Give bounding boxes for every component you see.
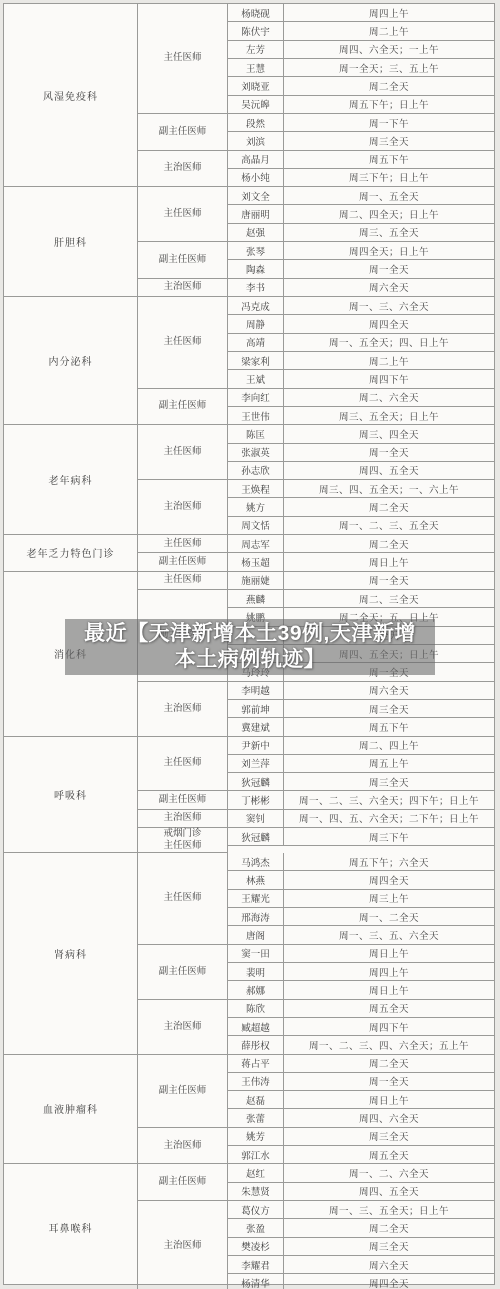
schedule-cell: 周一、二、三、六全天；四下午；日上午 — [284, 791, 494, 808]
schedule-cell: 周一、三、五、六全天 — [284, 926, 494, 943]
doctor-name-cell: 燕麟 — [228, 590, 284, 607]
doctor-name-cell: 施丽婕 — [228, 572, 284, 589]
doctor-name-cell: 赵磊 — [228, 1091, 284, 1108]
schedule-cell: 周三、五全天 — [284, 224, 494, 241]
table-row: 高靖周一、五全天；四、日上午 — [228, 334, 494, 352]
schedule-cell: 周四全天 — [284, 871, 494, 888]
table-row: 陈伏宇周二上午 — [228, 22, 494, 40]
schedule-cell: 周二、六全天 — [284, 389, 494, 406]
table-row: 张琴周四全天；日上午 — [228, 242, 494, 260]
doctor-rows: 狄冠麟周三下午 — [228, 828, 494, 853]
table-section: 肝胆科主任医师刘文全周一、五全天唐丽明周二、四全天；日上午赵强周三、五全天副主任… — [4, 187, 494, 297]
doctor-name-cell: 冀建斌 — [228, 718, 284, 735]
doctor-name-cell: 赵红 — [228, 1164, 284, 1181]
doctor-name-cell: 张淑英 — [228, 444, 284, 461]
doctor-name-cell: 尹新中 — [228, 737, 284, 754]
schedule-cell: 周一、三、五全天；日上午 — [284, 1201, 494, 1218]
table-row: 施丽婕周一全天 — [228, 572, 494, 590]
doctor-name-cell: 周志军 — [228, 535, 284, 552]
table-row: 梁家利周二上午 — [228, 352, 494, 370]
doctor-name-cell: 陶森 — [228, 260, 284, 277]
table-row: 丁彬彬周一、二、三、六全天；四下午；日上午 — [228, 791, 494, 809]
doctor-name-cell: 赵强 — [228, 224, 284, 241]
doctor-name-cell: 郭前坤 — [228, 700, 284, 717]
doctor-name-cell: 刘晓亚 — [228, 77, 284, 94]
table-row: 陈欣周五全天 — [228, 1000, 494, 1018]
doctor-name-cell: 裴明 — [228, 963, 284, 980]
doctor-name-cell: 丁彬彬 — [228, 791, 284, 808]
schedule-cell: 周二、四上午 — [284, 737, 494, 754]
doctor-rows: 周志军周二全天 — [228, 535, 494, 553]
table-row: 赵强周三、五全天 — [228, 224, 494, 242]
doctor-name-cell: 杨晓砚 — [228, 4, 284, 21]
table-section: 耳鼻喉科副主任医师赵红周一、二、六全天朱慧贤周四、五全天主治医师葛仪方周一、三、… — [4, 1164, 494, 1289]
title-cell: 主治医师 — [138, 480, 228, 535]
department-cell: 耳鼻喉科 — [4, 1164, 138, 1289]
doctor-name-cell: 王斌 — [228, 370, 284, 387]
doctor-name-cell: 葛仪方 — [228, 1201, 284, 1218]
schedule-cell: 周六全天 — [284, 279, 494, 296]
doctor-rows: 张琴周四全天；日上午陶森周一全天 — [228, 242, 494, 279]
department-cell: 肾病科 — [4, 853, 138, 1054]
table-row: 张淑英周一全天 — [228, 444, 494, 462]
table-row: 吴沅皞周五下午；日上午 — [228, 96, 494, 114]
title-cell: 副主任医师 — [138, 389, 228, 426]
schedule-cell: 周一、五全天；四、日上午 — [284, 334, 494, 351]
table-row: 狄冠麟周三全天 — [228, 773, 494, 791]
doctor-rows: 高晶月周五下午杨小纯周三下午；日上午 — [228, 151, 494, 188]
schedule-cell: 周日上午 — [284, 553, 494, 570]
title-cell: 主任医师 — [138, 572, 228, 590]
table-row: 薛彤权周一、二、三、四、六全天；五上午 — [228, 1036, 494, 1054]
table-row: 王焕程周三、四、五全天；一、六上午 — [228, 480, 494, 498]
table-row: 唐丽明周二、四全天；日上午 — [228, 205, 494, 223]
schedule-cell: 周二、四全天；日上午 — [284, 205, 494, 222]
doctor-rows: 陈匡周三、四全天张淑英周一全天孙志欣周四、五全天 — [228, 425, 494, 480]
title-cell: 主治医师 — [138, 1128, 228, 1165]
table-section: 呼吸科主任医师尹新中周二、四上午刘兰萍周五上午狄冠麟周三全天副主任医师丁彬彬周一… — [4, 737, 494, 854]
schedule-cell: 周一、二全天 — [284, 908, 494, 925]
doctor-name-cell: 狄冠麟 — [228, 773, 284, 790]
title-cell: 主治医师 — [138, 1000, 228, 1055]
title-cell: 主任医师 — [138, 853, 228, 945]
doctor-name-cell: 王世伟 — [228, 407, 284, 424]
doctor-name-cell: 杨玉超 — [228, 553, 284, 570]
doctor-name-cell: 周静 — [228, 315, 284, 332]
doctor-rows: 杨玉超周日上午 — [228, 553, 494, 571]
schedule-cell: 周四全天 — [284, 315, 494, 332]
doctor-name-cell: 薛彤权 — [228, 1036, 284, 1053]
doctor-name-cell: 陈欣 — [228, 1000, 284, 1017]
schedule-cell: 周三、四、五全天；一、六上午 — [284, 480, 494, 497]
title-group: 主任医师杨晓砚周四上午陈伏宇周二上午左芳周四、六全天；一上午王慧周一全天；三、五… — [138, 4, 494, 114]
schedule-cell: 周三全天 — [284, 1128, 494, 1145]
doctor-rows: 姚芳周三全天郭江水周五全天 — [228, 1128, 494, 1165]
title-groups: 主任医师马鸿杰周五下午；六全天林燕周四全天王耀光周三上午邢海涛周一、二全天唐阁周… — [138, 853, 494, 1054]
title-cell: 主治医师 — [138, 151, 228, 188]
doctor-rows: 尹新中周二、四上午刘兰萍周五上午狄冠麟周三全天 — [228, 737, 494, 792]
doctor-name-cell: 蒋占平 — [228, 1055, 284, 1072]
title-cell: 主任医师 — [138, 4, 228, 114]
table-row: 林燕周四全天 — [228, 871, 494, 889]
table-section: 血液肿瘤科副主任医师蒋占平周二全天王伟涛周一全天赵磊周日上午张蕾周四、六全天主治… — [4, 1055, 494, 1165]
schedule-cell: 周五全天 — [284, 1000, 494, 1017]
doctor-name-cell: 唐丽明 — [228, 205, 284, 222]
schedule-cell: 周五下午 — [284, 151, 494, 168]
table-row: 刘文全周一、五全天 — [228, 187, 494, 205]
title-groups: 副主任医师赵红周一、二、六全天朱慧贤周四、五全天主治医师葛仪方周一、三、五全天；… — [138, 1164, 494, 1289]
table-row: 周静周四全天 — [228, 315, 494, 333]
schedule-cell: 周一、二、三、四、六全天；五上午 — [284, 1036, 494, 1053]
doctor-name-cell: 左芳 — [228, 41, 284, 58]
doctor-name-cell: 窦一田 — [228, 945, 284, 962]
doctor-rows: 冯克成周一、三、六全天周静周四全天高靖周一、五全天；四、日上午梁家利周二上午王斌… — [228, 297, 494, 389]
schedule-cell: 周三全天 — [284, 132, 494, 149]
table-row: 燕麟周二、三全天 — [228, 590, 494, 608]
doctor-name-cell: 张蕾 — [228, 1109, 284, 1126]
title-group: 主任医师陈匡周三、四全天张淑英周一全天孙志欣周四、五全天 — [138, 425, 494, 480]
title-cell: 主治医师 — [138, 279, 228, 297]
doctor-name-cell: 姚芳 — [228, 1128, 284, 1145]
department-cell: 老年病科 — [4, 425, 138, 535]
doctor-name-cell: 唐阁 — [228, 926, 284, 943]
schedule-cell: 周四、五全天 — [284, 1183, 494, 1200]
title-group: 主任医师冯克成周一、三、六全天周静周四全天高靖周一、五全天；四、日上午梁家利周二… — [138, 297, 494, 389]
table-section: 老年病科主任医师陈匡周三、四全天张淑英周一全天孙志欣周四、五全天主治医师王焕程周… — [4, 425, 494, 535]
doctor-rows: 赵红周一、二、六全天朱慧贤周四、五全天 — [228, 1164, 494, 1201]
table-row: 杨玉超周日上午 — [228, 553, 494, 571]
doctor-name-cell: 窦钊 — [228, 810, 284, 827]
doctor-rows: 杨晓砚周四上午陈伏宇周二上午左芳周四、六全天；一上午王慧周一全天；三、五上午刘晓… — [228, 4, 494, 114]
schedule-cell: 周三下午；日上午 — [284, 169, 494, 186]
department-cell: 呼吸科 — [4, 737, 138, 854]
schedule-cell: 周一全天 — [284, 572, 494, 589]
doctor-rows: 葛仪方周一、三、五全天；日上午张盈周二全天樊凌杉周三全天李耀君周六全天杨清华周四… — [228, 1201, 494, 1289]
doctor-name-cell: 杨清华 — [228, 1274, 284, 1289]
doctor-name-cell: 马鸿杰 — [228, 853, 284, 870]
schedule-cell: 周一、四、五、六全天；二下午；日上午 — [284, 810, 494, 827]
schedule-cell: 周三全天 — [284, 700, 494, 717]
title-cell: 副主任医师 — [138, 1164, 228, 1201]
schedule-cell: 周四、六全天；一上午 — [284, 41, 494, 58]
schedule-cell: 周五全天 — [284, 1146, 494, 1163]
doctor-rows: 马鸿杰周五下午；六全天林燕周四全天王耀光周三上午邢海涛周一、二全天唐阁周一、三、… — [228, 853, 494, 945]
doctor-name-cell: 周文恬 — [228, 517, 284, 534]
table-row: 赵磊周日上午 — [228, 1091, 494, 1109]
table-row: 陈匡周三、四全天 — [228, 425, 494, 443]
table-row: 王伟涛周一全天 — [228, 1073, 494, 1091]
title-cell: 副主任医师 — [138, 1055, 228, 1128]
doctor-name-cell: 林燕 — [228, 871, 284, 888]
schedule-cell: 周一、五全天 — [284, 187, 494, 204]
schedule-cell: 周一全天 — [284, 260, 494, 277]
title-cell: 副主任医师 — [138, 791, 228, 809]
doctor-rows: 王焕程周三、四、五全天；一、六上午姚方周二全天周文恬周一、二、三、五全天 — [228, 480, 494, 535]
table-row: 窦钊周一、四、五、六全天；二下午；日上午 — [228, 810, 494, 828]
title-group: 副主任医师赵红周一、二、六全天朱慧贤周四、五全天 — [138, 1164, 494, 1201]
doctor-rows: 施丽婕周一全天 — [228, 572, 494, 590]
doctor-rows: 段然周一下午刘滨周三全天 — [228, 114, 494, 151]
doctor-name-cell: 王焕程 — [228, 480, 284, 497]
title-group: 主任医师马鸿杰周五下午；六全天林燕周四全天王耀光周三上午邢海涛周一、二全天唐阁周… — [138, 853, 494, 945]
title-group: 副主任医师张琴周四全天；日上午陶森周一全天 — [138, 242, 494, 279]
table-row: 段然周一下午 — [228, 114, 494, 132]
doctor-name-cell: 臧超越 — [228, 1018, 284, 1035]
title-group: 主任医师施丽婕周一全天 — [138, 572, 494, 590]
table-row: 郝娜周日上午 — [228, 981, 494, 999]
doctor-name-cell: 张盈 — [228, 1219, 284, 1236]
title-cell: 主治医师 — [138, 682, 228, 737]
table-row: 姚芳周三全天 — [228, 1128, 494, 1146]
table-row: 冀建斌周五下午 — [228, 718, 494, 736]
news-title-line-1: 最近【天津新增本土39例,天津新增 — [84, 621, 416, 647]
doctor-name-cell: 朱慧贤 — [228, 1183, 284, 1200]
title-group: 主治医师王焕程周三、四、五全天；一、六上午姚方周二全天周文恬周一、二、三、五全天 — [138, 480, 494, 535]
table-row: 左芳周四、六全天；一上午 — [228, 41, 494, 59]
schedule-cell: 周二全天 — [284, 498, 494, 515]
title-group: 副主任医师丁彬彬周一、二、三、六全天；四下午；日上午 — [138, 791, 494, 809]
title-groups: 主任医师杨晓砚周四上午陈伏宇周二上午左芳周四、六全天；一上午王慧周一全天；三、五… — [138, 4, 494, 187]
doctor-name-cell: 郭江水 — [228, 1146, 284, 1163]
table-row: 窦一田周日上午 — [228, 945, 494, 963]
title-group: 副主任医师蒋占平周二全天王伟涛周一全天赵磊周日上午张蕾周四、六全天 — [138, 1055, 494, 1128]
schedule-cell: 周六全天 — [284, 1256, 494, 1273]
schedule-cell: 周二全天 — [284, 77, 494, 94]
table-row: 朱慧贤周四、五全天 — [228, 1183, 494, 1201]
schedule-cell: 周四全天 — [284, 1274, 494, 1289]
title-cell: 副主任医师 — [138, 553, 228, 571]
schedule-cell: 周一全天 — [284, 1073, 494, 1090]
news-title-line-2: 本土病例轨迹】 — [175, 647, 326, 673]
table-section: 风湿免疫科主任医师杨晓砚周四上午陈伏宇周二上午左芳周四、六全天；一上午王慧周一全… — [4, 4, 494, 187]
schedule-cell: 周二全天 — [284, 535, 494, 552]
title-cell: 主任医师 — [138, 187, 228, 242]
schedule-cell: 周二、三全天 — [284, 590, 494, 607]
schedule-cell: 周三、四全天 — [284, 425, 494, 442]
schedule-cell: 周四全天；日上午 — [284, 242, 494, 259]
table-row: 杨晓砚周四上午 — [228, 4, 494, 22]
table-row: 臧超越周四下午 — [228, 1018, 494, 1036]
schedule-cell: 周四上午 — [284, 963, 494, 980]
table-row: 尹新中周二、四上午 — [228, 737, 494, 755]
doctor-name-cell: 李耀君 — [228, 1256, 284, 1273]
doctor-rows: 窦钊周一、四、五、六全天；二下午；日上午 — [228, 810, 494, 828]
table-row: 唐阁周一、三、五、六全天 — [228, 926, 494, 944]
title-group: 主治医师高晶月周五下午杨小纯周三下午；日上午 — [138, 151, 494, 188]
schedule-cell: 周日上午 — [284, 945, 494, 962]
doctor-name-cell: 李书 — [228, 279, 284, 296]
table-row: 高晶月周五下午 — [228, 151, 494, 169]
title-groups: 主任医师尹新中周二、四上午刘兰萍周五上午狄冠麟周三全天副主任医师丁彬彬周一、二、… — [138, 737, 494, 854]
doctor-name-cell: 吴沅皞 — [228, 96, 284, 113]
doctor-name-cell: 李明越 — [228, 682, 284, 699]
table-section: 肾病科主任医师马鸿杰周五下午；六全天林燕周四全天王耀光周三上午邢海涛周一、二全天… — [4, 853, 494, 1054]
schedule-cell: 周三、五全天；日上午 — [284, 407, 494, 424]
schedule-cell: 周三上午 — [284, 890, 494, 907]
table-row: 张盈周二全天 — [228, 1219, 494, 1237]
title-cell: 主任医师 — [138, 297, 228, 389]
title-group: 主治医师葛仪方周一、三、五全天；日上午张盈周二全天樊凌杉周三全天李耀君周六全天杨… — [138, 1201, 494, 1289]
doctor-name-cell: 张琴 — [228, 242, 284, 259]
doctor-name-cell: 段然 — [228, 114, 284, 131]
title-cell: 副主任医师 — [138, 242, 228, 279]
title-group: 副主任医师窦一田周日上午裴明周四上午郝娜周日上午 — [138, 945, 494, 1000]
department-cell: 风湿免疫科 — [4, 4, 138, 187]
doctor-name-cell: 孙志欣 — [228, 462, 284, 479]
doctor-name-cell: 梁家利 — [228, 352, 284, 369]
table-row: 姚方周二全天 — [228, 498, 494, 516]
table-row: 王世伟周三、五全天；日上午 — [228, 407, 494, 425]
table-row: 刘兰萍周五上午 — [228, 755, 494, 773]
title-cell: 主任医师 — [138, 425, 228, 480]
schedule-cell: 周五下午；六全天 — [284, 853, 494, 870]
schedule-cell: 周四、五全天 — [284, 462, 494, 479]
schedule-cell: 周一、三、六全天 — [284, 297, 494, 314]
table-section: 内分泌科主任医师冯克成周一、三、六全天周静周四全天高靖周一、五全天；四、日上午梁… — [4, 297, 494, 425]
schedule-cell: 周五上午 — [284, 755, 494, 772]
table-row: 李向红周二、六全天 — [228, 389, 494, 407]
title-groups: 主任医师刘文全周一、五全天唐丽明周二、四全天；日上午赵强周三、五全天副主任医师张… — [138, 187, 494, 297]
table-row: 邢海涛周一、二全天 — [228, 908, 494, 926]
table-row: 樊凌杉周三全天 — [228, 1238, 494, 1256]
schedule-cell: 周二全天 — [284, 1055, 494, 1072]
schedule-cell: 周一全天 — [284, 444, 494, 461]
table-row: 周志军周二全天 — [228, 535, 494, 553]
table-section: 老年乏力特色门诊主任医师周志军周二全天副主任医师杨玉超周日上午 — [4, 535, 494, 572]
title-group: 主治医师窦钊周一、四、五、六全天；二下午；日上午 — [138, 810, 494, 828]
schedule-cell: 周六全天 — [284, 682, 494, 699]
title-group: 主治医师陈欣周五全天臧超越周四下午薛彤权周一、二、三、四、六全天；五上午 — [138, 1000, 494, 1055]
schedule-cell: 周四上午 — [284, 4, 494, 21]
title-cell: 主任医师 — [138, 535, 228, 553]
title-group: 主治医师姚芳周三全天郭江水周五全天 — [138, 1128, 494, 1165]
title-group: 副主任医师李向红周二、六全天王世伟周三、五全天；日上午 — [138, 389, 494, 426]
doctor-name-cell: 郝娜 — [228, 981, 284, 998]
table-row: 杨小纯周三下午；日上午 — [228, 169, 494, 187]
schedule-cell: 周二全天 — [284, 1219, 494, 1236]
department-cell: 血液肿瘤科 — [4, 1055, 138, 1165]
department-cell: 肝胆科 — [4, 187, 138, 297]
doctor-name-cell: 狄冠麟 — [228, 828, 284, 845]
table-row: 张蕾周四、六全天 — [228, 1109, 494, 1127]
table-row: 冯克成周一、三、六全天 — [228, 297, 494, 315]
schedule-cell: 周四下午 — [284, 1018, 494, 1035]
table-row: 李书周六全天 — [228, 279, 494, 297]
title-cell: 副主任医师 — [138, 945, 228, 1000]
table-row: 刘滨周三全天 — [228, 132, 494, 150]
department-cell: 老年乏力特色门诊 — [4, 535, 138, 572]
doctor-name-cell: 王伟涛 — [228, 1073, 284, 1090]
doctor-name-cell: 姚方 — [228, 498, 284, 515]
schedule-cell: 周一、二、六全天 — [284, 1164, 494, 1181]
table-row: 郭前坤周三全天 — [228, 700, 494, 718]
title-cell: 副主任医师 — [138, 114, 228, 151]
schedule-cell: 周四、六全天 — [284, 1109, 494, 1126]
doctor-name-cell: 刘文全 — [228, 187, 284, 204]
table-row: 蒋占平周二全天 — [228, 1055, 494, 1073]
doctor-name-cell: 邢海涛 — [228, 908, 284, 925]
schedule-cell: 周一、二、三、五全天 — [284, 517, 494, 534]
table-row: 王慧周一全天；三、五上午 — [228, 59, 494, 77]
schedule-cell: 周二上午 — [284, 22, 494, 39]
title-groups: 主任医师陈匡周三、四全天张淑英周一全天孙志欣周四、五全天主治医师王焕程周三、四、… — [138, 425, 494, 535]
doctor-name-cell: 刘兰萍 — [228, 755, 284, 772]
title-group: 主任医师刘文全周一、五全天唐丽明周二、四全天；日上午赵强周三、五全天 — [138, 187, 494, 242]
table-row: 李耀君周六全天 — [228, 1256, 494, 1274]
doctor-name-cell: 樊凌杉 — [228, 1238, 284, 1255]
table-row: 李明越周六全天 — [228, 682, 494, 700]
table-row: 周文恬周一、二、三、五全天 — [228, 517, 494, 535]
table-row: 陶森周一全天 — [228, 260, 494, 278]
table-row: 马鸿杰周五下午；六全天 — [228, 853, 494, 871]
table-row: 葛仪方周一、三、五全天；日上午 — [228, 1201, 494, 1219]
table-row: 狄冠麟周三下午 — [228, 828, 494, 846]
doctor-name-cell: 高靖 — [228, 334, 284, 351]
schedule-cell: 周一全天；三、五上午 — [284, 59, 494, 76]
title-groups: 主任医师冯克成周一、三、六全天周静周四全天高靖周一、五全天；四、日上午梁家利周二… — [138, 297, 494, 425]
doctor-rows: 丁彬彬周一、二、三、六全天；四下午；日上午 — [228, 791, 494, 809]
title-group: 戒烟门诊 主任医师狄冠麟周三下午 — [138, 828, 494, 853]
doctor-name-cell: 杨小纯 — [228, 169, 284, 186]
title-group: 副主任医师杨玉超周日上午 — [138, 553, 494, 571]
doctor-rows: 陈欣周五全天臧超越周四下午薛彤权周一、二、三、四、六全天；五上午 — [228, 1000, 494, 1055]
title-cell: 主治医师 — [138, 810, 228, 828]
title-group: 主治医师李明越周六全天郭前坤周三全天冀建斌周五下午 — [138, 682, 494, 737]
title-cell: 主任医师 — [138, 737, 228, 792]
table-row: 裴明周四上午 — [228, 963, 494, 981]
table-row: 王耀光周三上午 — [228, 890, 494, 908]
title-group: 主治医师李书周六全天 — [138, 279, 494, 297]
schedule-cell: 周四下午 — [284, 370, 494, 387]
table-row: 郭江水周五全天 — [228, 1146, 494, 1164]
doctor-name-cell: 冯克成 — [228, 297, 284, 314]
doctor-name-cell: 陈匡 — [228, 425, 284, 442]
doctor-rows: 刘文全周一、五全天唐丽明周二、四全天；日上午赵强周三、五全天 — [228, 187, 494, 242]
schedule-cell: 周五下午；日上午 — [284, 96, 494, 113]
table-row: 孙志欣周四、五全天 — [228, 462, 494, 480]
title-cell: 主治医师 — [138, 1201, 228, 1289]
title-group: 主任医师尹新中周二、四上午刘兰萍周五上午狄冠麟周三全天 — [138, 737, 494, 792]
doctor-rows: 李明越周六全天郭前坤周三全天冀建斌周五下午 — [228, 682, 494, 737]
schedule-cell: 周日上午 — [284, 1091, 494, 1108]
schedule-cell: 周三全天 — [284, 1238, 494, 1255]
table-row: 赵红周一、二、六全天 — [228, 1164, 494, 1182]
title-group: 副主任医师段然周一下午刘滨周三全天 — [138, 114, 494, 151]
doctor-name-cell: 高晶月 — [228, 151, 284, 168]
doctor-rows: 李书周六全天 — [228, 279, 494, 297]
doctor-name-cell: 王慧 — [228, 59, 284, 76]
title-group: 主任医师周志军周二全天 — [138, 535, 494, 553]
doctor-rows: 李向红周二、六全天王世伟周三、五全天；日上午 — [228, 389, 494, 426]
table-row: 王斌周四下午 — [228, 370, 494, 388]
schedule-cell: 周三全天 — [284, 773, 494, 790]
news-title-overlay: 最近【天津新增本土39例,天津新增 本土病例轨迹】 — [65, 619, 435, 675]
title-cell: 戒烟门诊 主任医师 — [138, 828, 228, 853]
doctor-rows: 蒋占平周二全天王伟涛周一全天赵磊周日上午张蕾周四、六全天 — [228, 1055, 494, 1128]
title-groups: 主任医师周志军周二全天副主任医师杨玉超周日上午 — [138, 535, 494, 572]
department-cell: 内分泌科 — [4, 297, 138, 425]
doctor-name-cell: 李向红 — [228, 389, 284, 406]
schedule-cell: 周一下午 — [284, 114, 494, 131]
doctor-rows: 窦一田周日上午裴明周四上午郝娜周日上午 — [228, 945, 494, 1000]
table-row: 刘晓亚周二全天 — [228, 77, 494, 95]
table-row: 杨清华周四全天 — [228, 1274, 494, 1289]
schedule-cell: 周二上午 — [284, 352, 494, 369]
doctor-name-cell: 陈伏宇 — [228, 22, 284, 39]
title-groups: 副主任医师蒋占平周二全天王伟涛周一全天赵磊周日上午张蕾周四、六全天主治医师姚芳周… — [138, 1055, 494, 1165]
schedule-cell: 周日上午 — [284, 981, 494, 998]
schedule-cell: 周三下午 — [284, 828, 494, 845]
